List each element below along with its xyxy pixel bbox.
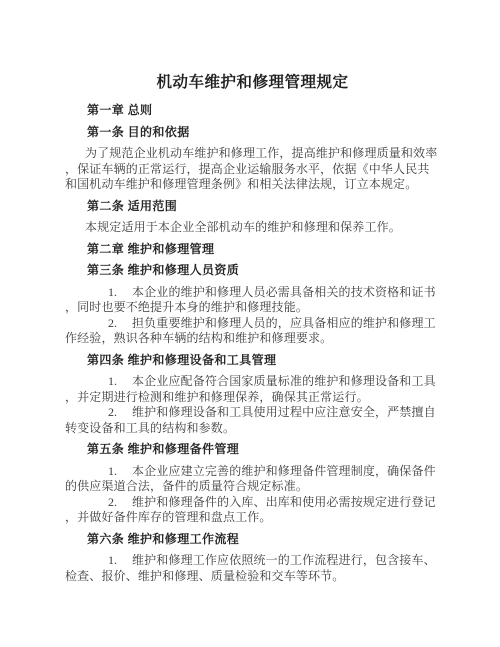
paragraph-line: 1.本企业的维护和修理人员必需具备相关的技术资格和证书 [65, 285, 440, 301]
paragraph-line: 的供应渠道合法，备件的质量符合规定标准。 [65, 479, 440, 495]
article-heading: 第四条 维护和修理设备和工具管理 [65, 353, 440, 369]
list-number: 1. [108, 553, 132, 569]
chapter-heading: 第一章 总则 [65, 103, 440, 119]
list-number: 2. [108, 405, 132, 421]
paragraph-line: ，保证车辆的正常运行，提高企业运输服务水平，依据《中华人民共 [65, 162, 440, 178]
paragraph-line: 和国机动车维护和修理管理条例》和相关法律法规，订立本规定。 [65, 177, 440, 193]
paragraph: 1.本企业的维护和修理人员必需具备相关的技术资格和证书，同时也要不绝提升本身的维… [65, 285, 440, 347]
paragraph-line: ，并定期进行检测和维护和修理保养，确保其正常运行。 [65, 390, 440, 406]
paragraph-line: 1.维护和修理工作应依照统一的工作流程进行，包含接车、 [65, 553, 440, 569]
paragraph: 1.本企业应配备符合国家质量标准的维护和修理设备和工具，并定期进行检测和维护和修… [65, 374, 440, 436]
paragraph-line: 为了规范企业机动车维护和修理工作，提高维护和修理质量和效率 [65, 146, 440, 162]
article-heading: 第六条 维护和修理工作流程 [65, 532, 440, 548]
article-heading: 第三条 维护和修理人员资质 [65, 263, 440, 279]
paragraph-line: 1.本企业应配备符合国家质量标准的维护和修理设备和工具 [65, 374, 440, 390]
paragraph: 1.本企业应建立完善的维护和修理备件管理制度，确保备件的供应渠道合法，备件的质量… [65, 464, 440, 526]
paragraph: 为了规范企业机动车维护和修理工作，提高维护和修理质量和效率，保证车辆的正常运行，… [65, 146, 440, 193]
article-heading: 第二条 适用范围 [65, 199, 440, 215]
document-title: 机动车维护和修理管理规定 [65, 72, 440, 94]
article-heading: 第五条 维护和修理备件管理 [65, 442, 440, 458]
paragraph-line: 转变设备和工具的结构和参数。 [65, 421, 440, 437]
list-number: 1. [108, 374, 132, 390]
paragraph-line: ，并做好备件库存的管理和盘点工作。 [65, 510, 440, 526]
paragraph-line: ，同时也要不绝提升本身的维护和修理技能。 [65, 300, 440, 316]
paragraph: 本规定适用于本企业全部机动车的维护和修理和保养工作。 [65, 220, 440, 236]
paragraph-line: 2.维护和修理设备和工具使用过程中应注意安全，严禁擅自 [65, 405, 440, 421]
list-number: 2. [108, 316, 132, 332]
list-number: 2. [108, 495, 132, 511]
paragraph-line: 2.担负重要维护和修理人员的，应具备相应的维护和修理工 [65, 316, 440, 332]
chapter-heading: 第二章 维护和修理管理 [65, 242, 440, 258]
article-heading: 第一条 目的和依据 [65, 125, 440, 141]
paragraph: 1.维护和修理工作应依照统一的工作流程进行，包含接车、检查、报价、维护和修理、质… [65, 553, 440, 584]
document-page: 机动车维护和修理管理规定 第一章 总则第一条 目的和依据为了规范企业机动车维护和… [0, 0, 500, 647]
paragraph-line: 2.维护和修理备件的入库、出库和使用必需按规定进行登记 [65, 495, 440, 511]
paragraph-line: 1.本企业应建立完善的维护和修理备件管理制度，确保备件 [65, 464, 440, 480]
list-number: 1. [108, 464, 132, 480]
paragraph-line: 检查、报价、维护和修理、质量检验和交车等环节。 [65, 569, 440, 585]
paragraph-line: 作经验，熟识各种车辆的结构和维护和修理要求。 [65, 331, 440, 347]
list-number: 1. [108, 285, 132, 301]
document-body: 第一章 总则第一条 目的和依据为了规范企业机动车维护和修理工作，提高维护和修理质… [65, 103, 440, 584]
paragraph-line: 本规定适用于本企业全部机动车的维护和修理和保养工作。 [65, 220, 440, 236]
